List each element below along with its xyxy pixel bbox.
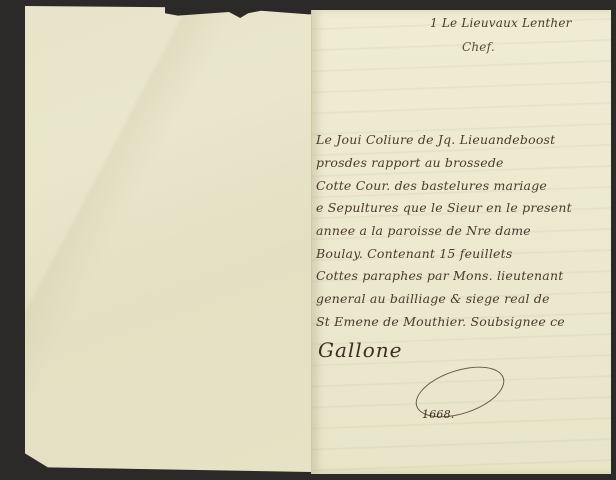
year-annotation: 1668. (422, 408, 455, 421)
manuscript-scan: 1 Le Lieuvaux Lenther Chef. Le Joui Coli… (0, 0, 616, 480)
text-line: St Emene de Mouthier. Soubsignee ce (316, 314, 565, 329)
text-line: e Sepultures que le Sieur en le present (316, 200, 572, 215)
top-mark: Chef. (462, 40, 495, 54)
text-line: prosdes rapport au brossede (316, 155, 504, 170)
text-line: Cotte Cour. des bastelures mariage (316, 178, 547, 193)
top-note: 1 Le Lieuvaux Lenther (430, 16, 572, 30)
text-line: Cottes paraphes par Mons. lieutenant (316, 268, 563, 283)
text-line: Le Joui Coliure de Jq. Lieuandeboost (316, 132, 555, 147)
left-page (25, 6, 311, 472)
text-line: general au bailliage & siege real de (316, 291, 550, 306)
text-line: Boulay. Contenant 15 feuillets (316, 246, 512, 261)
signature: Gallone (318, 338, 402, 362)
text-line: annee a la paroisse de Nre dame (316, 223, 531, 238)
page-fold (25, 6, 311, 472)
right-page: 1 Le Lieuvaux Lenther Chef. Le Joui Coli… (311, 10, 611, 474)
